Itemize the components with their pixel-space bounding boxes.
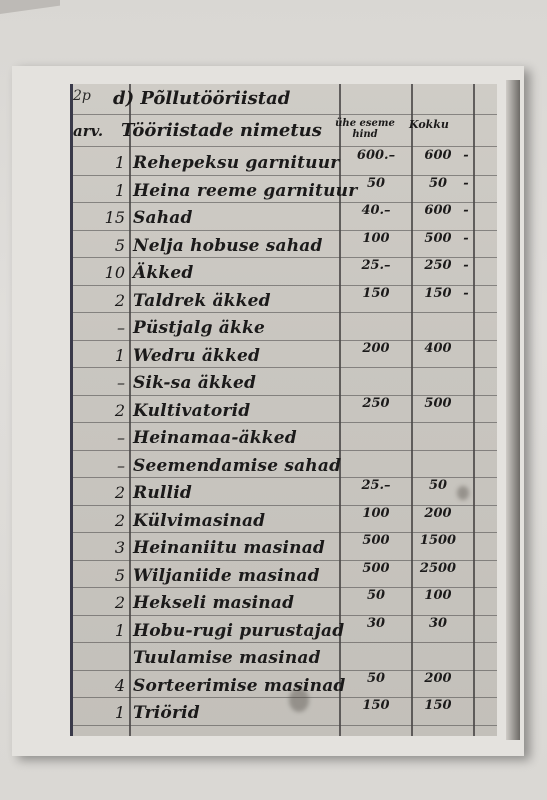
row-total: 50 [415,176,461,191]
row-total: 600 [415,148,461,163]
row-item-name: Heinaniitu masinad [133,538,325,558]
column-header-total: Kokku [409,118,449,131]
row-total: 30 [415,616,461,631]
row-unit-price: 200 [341,341,411,356]
row-unit-price: 250 [341,396,411,411]
row-quantity: 1 [79,621,125,640]
column-rule-qty [129,84,131,736]
ink-blot [457,486,469,500]
row-total: 200 [415,506,461,521]
row-quantity: 3 [79,538,125,557]
row-item-name: Kultivatorid [133,401,250,421]
row-rule [73,450,497,451]
row-rule [73,312,497,313]
column-header-rule [73,146,497,147]
row-item-name: Seemendamise sahad [133,456,341,476]
row-item-name: Heina reeme garnituur [133,181,357,201]
row-total: 250 [415,258,461,273]
column-header-name: Tööriistade nimetus [121,120,322,141]
row-quantity: 1 [79,703,125,722]
row-item-name: Äkked [133,263,193,283]
row-total: 100 [415,588,461,603]
row-dash: - [459,286,473,301]
row-total: 500 [415,231,461,246]
row-total: 200 [415,671,461,686]
row-dash: - [459,203,473,218]
row-unit-price: 100 [341,506,411,521]
column-rule-total [473,84,475,736]
row-quantity: 15 [79,208,125,227]
row-quantity: – [79,428,125,447]
row-item-name: Sorteerimise masinad [133,676,346,696]
row-quantity: 2 [79,593,125,612]
header-rule [73,114,497,115]
row-quantity: – [79,318,125,337]
row-rule [73,725,497,726]
ledger-page: 2p d) Põllutööriistad arv. Tööriistade n… [70,84,497,736]
section-title: d) Põllutööriistad [113,88,290,109]
row-unit-price: 100 [341,231,411,246]
row-item-name: Tuulamise masinad [133,648,321,668]
row-total: 150 [415,698,461,713]
row-quantity: 1 [79,346,125,365]
row-quantity: 2 [79,511,125,530]
row-item-name: Rullid [133,483,192,503]
row-item-name: Rehepeksu garnituur [133,153,339,173]
row-item-name: Nelja hobuse sahad [133,236,323,256]
row-rule [73,642,497,643]
row-total: 500 [415,396,461,411]
row-dash: - [459,258,473,273]
row-quantity: 1 [79,181,125,200]
row-item-name: Sahad [133,208,193,228]
column-header-quantity: arv. [73,122,103,140]
row-unit-price: 50 [341,588,411,603]
row-unit-price: 25.– [341,478,411,493]
row-unit-price: 600.– [341,148,411,163]
row-dash: - [459,176,473,191]
row-quantity: 1 [79,153,125,172]
row-quantity: – [79,456,125,475]
row-item-name: Hekseli masinad [133,593,294,613]
row-quantity: 2 [79,291,125,310]
row-quantity: 5 [79,566,125,585]
row-quantity: 2 [79,483,125,502]
row-total: 400 [415,341,461,356]
row-rule [73,422,497,423]
row-dash: - [459,231,473,246]
row-total: 2500 [415,561,461,576]
row-unit-price: 30 [341,616,411,631]
row-total: 50 [415,478,461,493]
ink-smudge [289,688,309,712]
row-unit-price: 25.– [341,258,411,273]
row-item-name: Taldrek äkked [133,291,271,311]
row-quantity: 10 [79,263,125,282]
page-number: 2p [73,88,91,104]
row-total: 1500 [415,533,461,548]
row-item-name: Heinamaa-äkked [133,428,297,448]
row-item-name: Hobu-rugi purustajad [133,621,344,641]
row-unit-price: 50 [341,671,411,686]
row-quantity: – [79,373,125,392]
row-item-name: Wedru äkked [133,346,260,366]
column-header-unit-price: ühe eseme hind [335,118,395,140]
row-unit-price: 500 [341,533,411,548]
row-total: 600 [415,203,461,218]
row-total: 150 [415,286,461,301]
row-quantity: 5 [79,236,125,255]
row-dash: - [459,148,473,163]
row-item-name: Wiljaniide masinad [133,566,320,586]
row-unit-price: 150 [341,286,411,301]
row-rule [73,367,497,368]
row-unit-price: 40.– [341,203,411,218]
row-item-name: Triörid [133,703,200,723]
row-quantity: 2 [79,401,125,420]
row-quantity: 4 [79,676,125,695]
row-unit-price: 150 [341,698,411,713]
row-unit-price: 50 [341,176,411,191]
row-unit-price: 500 [341,561,411,576]
row-item-name: Sik-sa äkked [133,373,256,393]
row-item-name: Püstjalg äkke [133,318,265,338]
column-rule-unit [411,84,413,736]
mount-shadow-edge [506,80,520,740]
row-item-name: Külvimasinad [133,511,265,531]
